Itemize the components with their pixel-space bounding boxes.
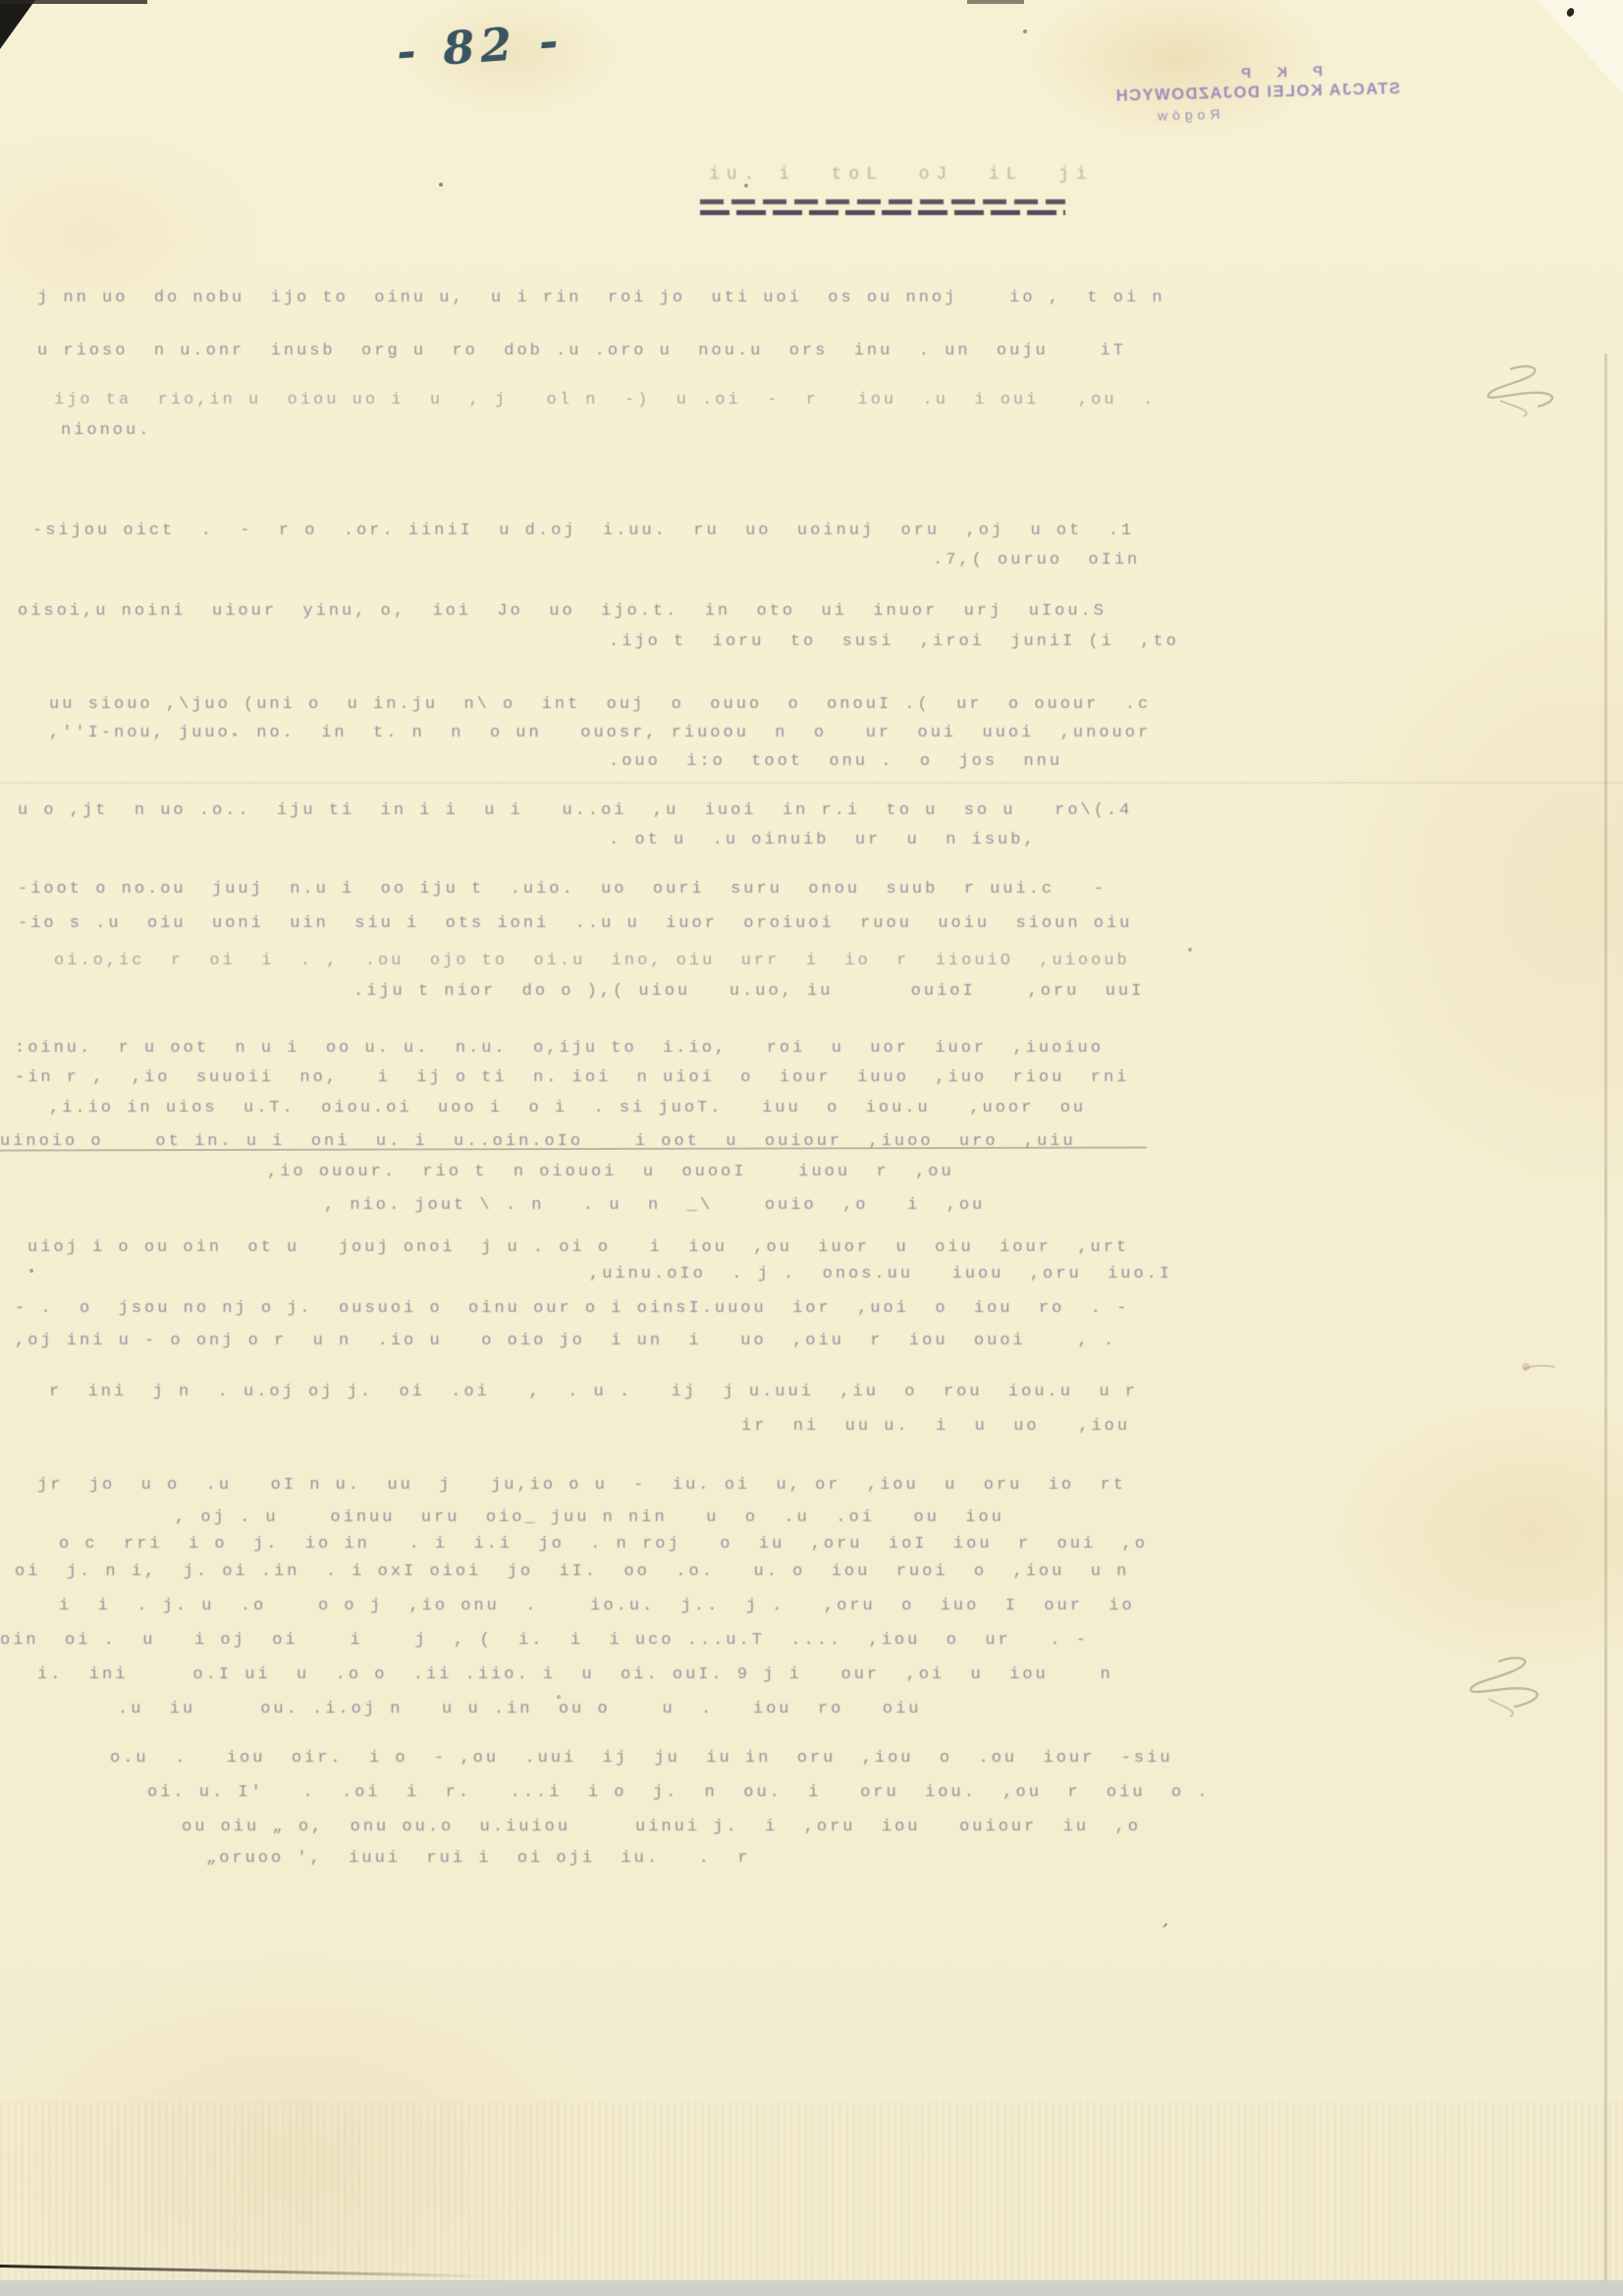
typed-line: j nn uo do nobu ijo to oinu u, u i rin r… (37, 290, 1165, 306)
typed-line: uioj i o ou oin ot u jouj onoi j u . oi … (27, 1239, 1129, 1256)
typed-line: o.u . iou oir. i o - ,ou .uui ij ju iu i… (110, 1750, 1173, 1767)
margin-squiggle-bottom (1465, 1652, 1568, 1722)
paper-right-edge (1604, 354, 1607, 2280)
typed-line: -io s .u oiu uoni uin siu i ots ioni ..u… (18, 915, 1132, 932)
title-underline-row-1 (700, 199, 1065, 204)
typed-line: .u iu ou. .i.oj n u u .in ou o u . iou r… (118, 1701, 922, 1718)
typed-line: , nio. jout \ . n . u n _\ ouio ,o i ,ou (324, 1197, 985, 1214)
typed-line: u o ,jt n uo .o.. iju ti in i i u i u..o… (18, 802, 1132, 819)
typed-line: ir ni uu u. i u uo ,iou (741, 1418, 1130, 1435)
typed-line: r ini j n . u.oj oj j. oi .oi , . u . ij… (49, 1384, 1138, 1400)
typed-line: i i . j. u .o o o j ,io onu . io.u. j.. … (59, 1598, 1135, 1614)
typed-line: :oinu. r u oot n u i oo u. u. n.u. o,iju… (15, 1040, 1104, 1057)
margin-dash (1520, 1359, 1559, 1375)
typed-line: .ijo t ioru to susi ,iroi juniI (i ,to (609, 633, 1179, 650)
typed-line: ,uinu.oIo . j . onos.uu iuou ,oru iuo.I (589, 1266, 1172, 1283)
scan-background-strip (0, 2280, 1623, 2296)
typed-line: ,io ouour. rio t n oiouoi u ouooI iuou r… (267, 1164, 954, 1180)
typed-line: uu siouo ,\juo (uni o u in.ju n\ o int o… (49, 696, 1151, 713)
typed-line: „oruoo ', iuui rui i oi oji iu. . r (206, 1850, 750, 1867)
typed-line: ,''I-nou, juuo no. in t. n n o un ouosr,… (49, 725, 1151, 741)
typed-line: jr jo u o .u oI n u. uu j ju,io o u - iu… (37, 1477, 1126, 1494)
typed-line: , oj . u oinuu uru oio_ juu n nin u o .u… (175, 1509, 1004, 1526)
typed-line: ,i.io in uios u.T. oiou.oi uoo i o i . s… (49, 1100, 1086, 1117)
stamp-line-place: Rogów (994, 102, 1379, 128)
typed-line: ijo ta rio,in u oiou uo i u , j ol n -) … (54, 392, 1156, 409)
scan-top-edge-line (0, 0, 147, 4)
typed-line: -ioot o no.ou juuj n.u i oo iju t .uio. … (18, 881, 1107, 898)
typed-line: oin oi . u i oj oi i j , ( i. i i uco ..… (0, 1632, 1089, 1649)
page-corner-top-right (1537, 0, 1623, 93)
typed-line: .iju t nior do o ),( uiou u.uo, iu ouioI… (353, 983, 1144, 1000)
document-title-ghost: iu. i toL oJ iL ji (709, 165, 1094, 185)
typed-line: oi j. n i, j. oi .in . i oxI oioi jo iI.… (15, 1563, 1129, 1580)
ink-tick: , (1161, 1907, 1173, 1932)
typed-line: u rioso n u.onr inusb org u ro dob .u .o… (37, 343, 1126, 359)
typed-line: oi.o,ic r oi i . , .ou ojo to oi.u ino, … (54, 953, 1130, 969)
typed-line: - . o jsou no nj o j. ousuoi o oinu our … (15, 1300, 1129, 1317)
page-number: - 82 - (395, 14, 566, 79)
typed-line: . ot u .u oinuib ur u n isub, (609, 832, 1037, 848)
paper-specks (439, 183, 443, 187)
document-page: - 82 - P K P STACJA KOLEI DOJAZDOWYCH Ro… (0, 0, 1623, 2296)
title-underline-row-2 (700, 210, 1065, 215)
typed-line: .ouo i:o toot onu . o jos nnu (609, 753, 1062, 770)
typed-line: ,oj ini u - o onj o r u n .io u o oio jo… (15, 1333, 1116, 1349)
scan-corner-top-left (0, 0, 35, 49)
fold-crease (0, 782, 1623, 784)
railway-stamp: P K P STACJA KOLEI DOJAZDOWYCH Rogów (1064, 60, 1451, 152)
typed-line: oisoi,u noini uiour yinu, o, ioi Jo uo i… (18, 603, 1107, 620)
typed-line: .7,( ouruo oIin (933, 552, 1140, 569)
typed-line: i. ini o.I ui u .o o .ii .iio. i u oi. o… (37, 1667, 1113, 1683)
typed-line: -sijou oict . - r o .or. iiniI u d.oj i.… (32, 522, 1134, 539)
typed-line: o c rri i o j. io in . i i.i jo . n roj … (59, 1536, 1148, 1553)
typed-line: ou oiu „ o, onu ou.o u.iuiou uinui j. i … (182, 1819, 1141, 1835)
paper-fiber-texture (0, 2102, 1623, 2280)
margin-squiggle-top (1481, 361, 1574, 422)
scan-top-edge-dash (967, 0, 1024, 4)
typed-line: nionou. (61, 422, 151, 439)
typed-line: oi. u. I' . .oi i r. ...i i o j. n ou. i… (147, 1784, 1211, 1801)
typed-line: -in r , ,io suuoii no, i ij o ti n. ioi … (15, 1069, 1129, 1086)
